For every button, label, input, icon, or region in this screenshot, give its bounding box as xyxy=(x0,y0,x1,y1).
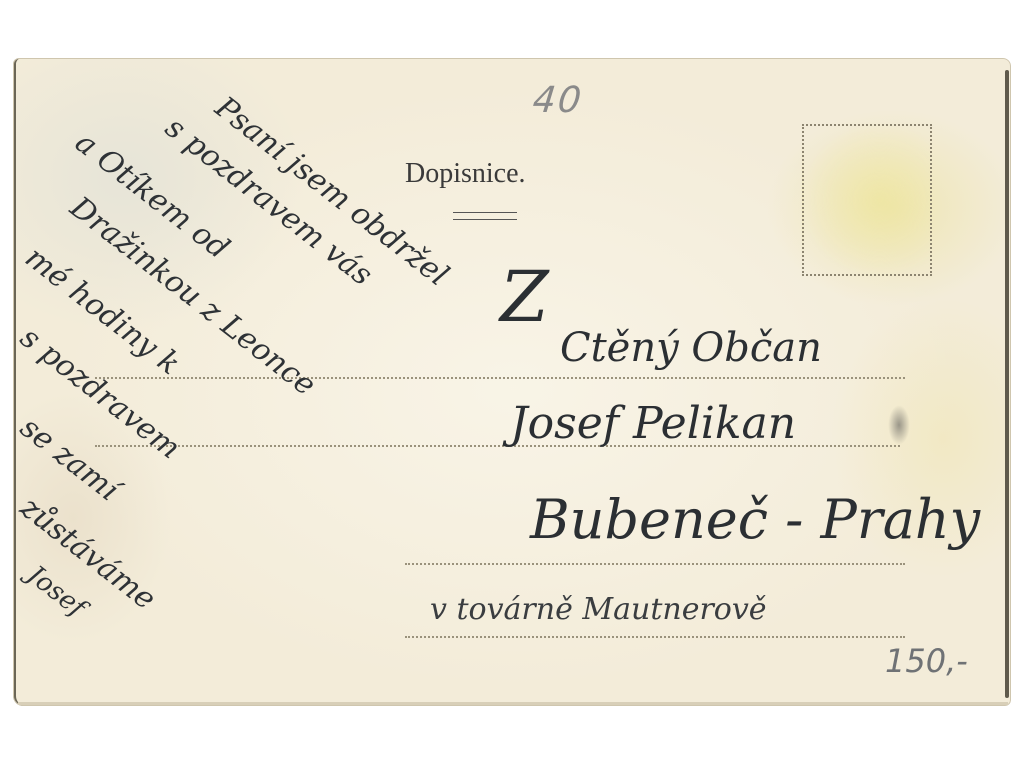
postcard-edge xyxy=(18,702,1008,705)
ink-smudge xyxy=(888,405,910,445)
catalog-number: 40 xyxy=(531,80,585,121)
address-line-1: Ctěný Občan xyxy=(560,325,822,371)
title-underline xyxy=(453,212,517,213)
address-line-3: Bubeneč - Prahy xyxy=(530,488,980,551)
address-line xyxy=(95,377,905,379)
address-line-2: Josef Pelikan xyxy=(510,398,796,449)
address-line xyxy=(405,636,905,638)
title-underline xyxy=(453,219,517,220)
address-salutation: Z xyxy=(500,256,549,338)
price-note: 150,- xyxy=(885,642,968,680)
address-line xyxy=(405,563,905,565)
stamp-placeholder xyxy=(802,124,932,276)
address-line-4: v továrně Mautnerově xyxy=(430,592,767,627)
postcard-edge xyxy=(1005,70,1009,698)
postcard-title: Dopisnice. xyxy=(405,158,526,190)
